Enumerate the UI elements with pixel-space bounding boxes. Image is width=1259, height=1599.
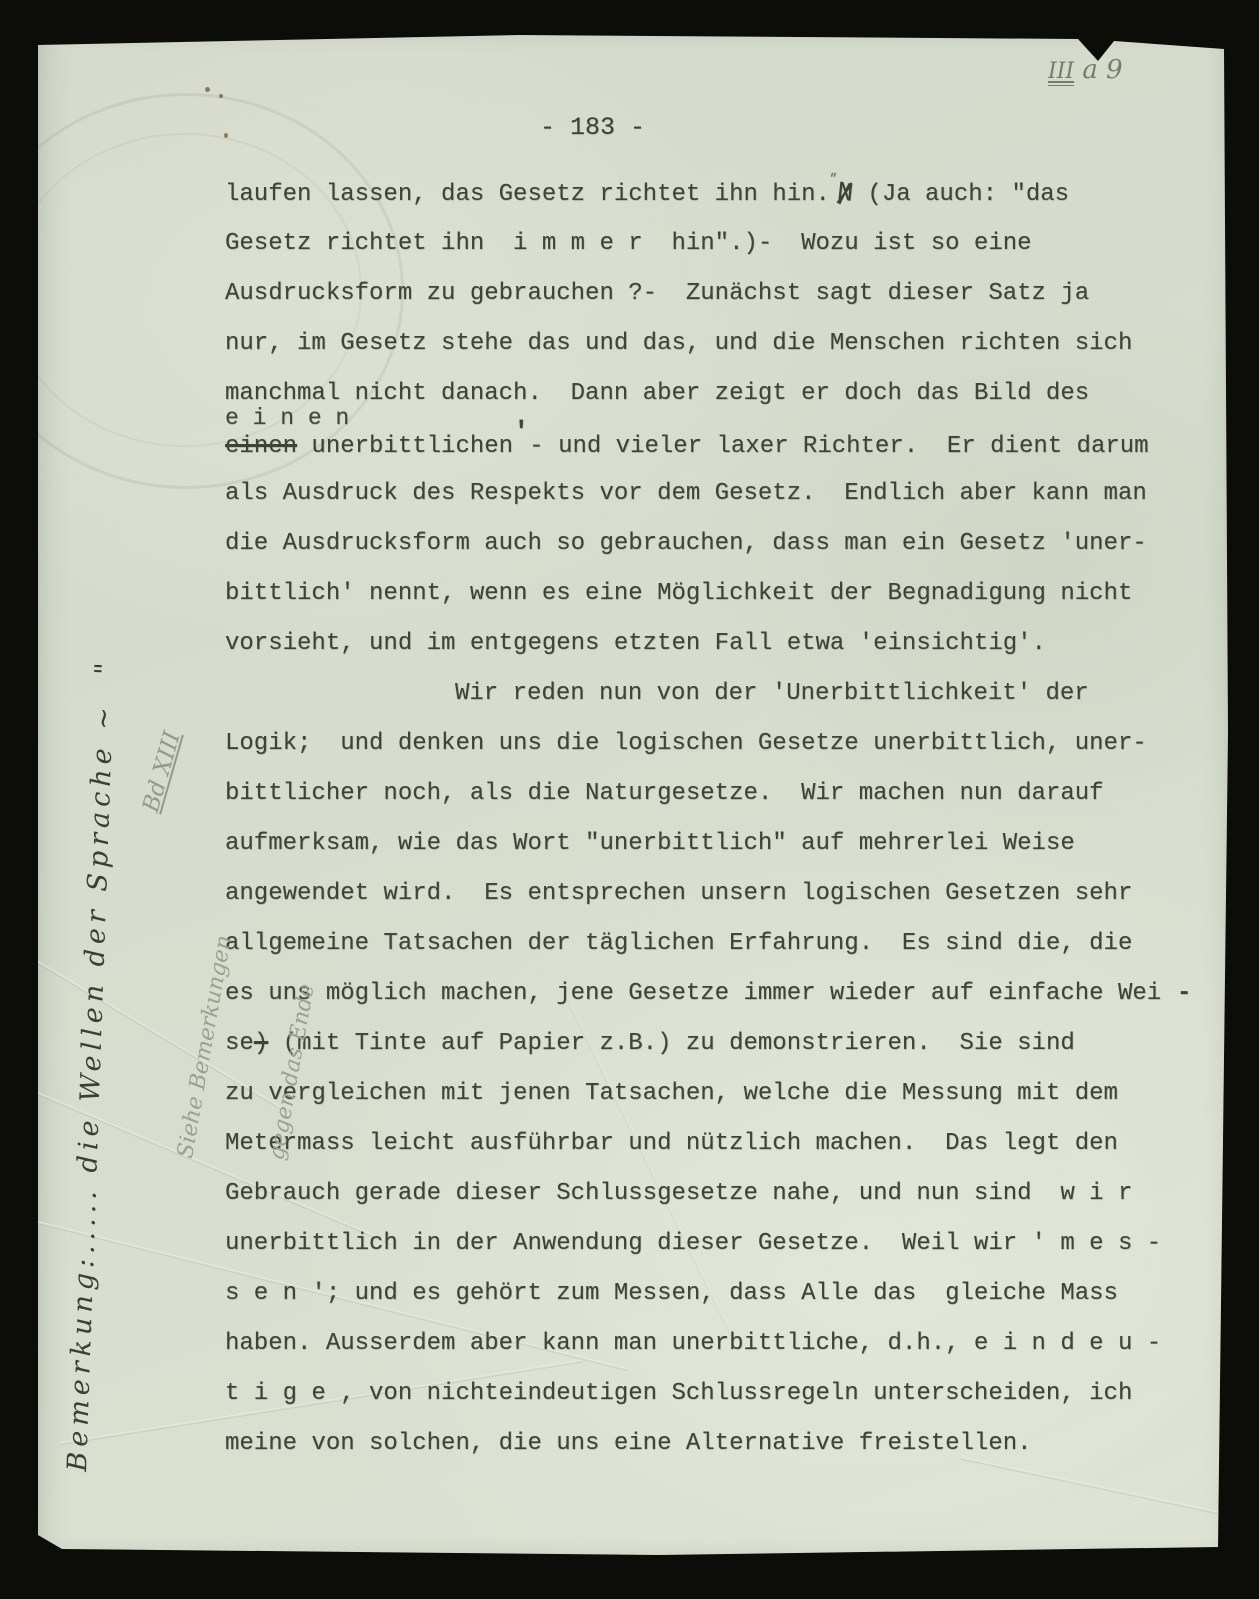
typed-line-paragraph-indent: Wir reden nun von der 'Unerbittlichkeit'… [455, 680, 1089, 708]
margin-note-volume: Bd XIII [138, 673, 202, 815]
typed-line: die Ausdrucksform auch so gebrauchen, da… [225, 530, 1147, 558]
pencil-insert-mark: ʺ [830, 171, 835, 189]
crossed-out-character: N [835, 179, 854, 209]
typed-insertion-line: e i n e n [225, 404, 349, 432]
margin-hyphen: - [1177, 980, 1191, 1008]
archive-mark: III a 9 [1048, 55, 1123, 85]
typed-line: Gebrauch gerade dieser Schlussgesetze na… [225, 1180, 1132, 1208]
typed-text: (mit Tinte auf Papier z.B.) zu demonstri… [268, 1030, 1075, 1057]
manuscript-page: III a 9 - 183 - laufen lassen, das Geset… [38, 33, 1228, 1555]
pencil-note-line: Siehe Bemerkungen [171, 840, 256, 1160]
paper-crease [961, 1457, 1255, 1522]
typed-line: Ausdrucksform zu gebrauchen ?- Zunächst … [225, 280, 1089, 308]
typed-line: s e n '; und es gehört zum Messen, dass … [225, 1280, 1118, 1308]
paper-speck [219, 94, 223, 98]
typed-line: manchmal nicht danach. Dann aber zeigt e… [225, 380, 1089, 408]
typed-line: einen unerbittlichen'- und vieler laxer … [225, 432, 1149, 461]
typed-line: meine von solchen, die uns eine Alternat… [225, 1430, 1032, 1458]
typed-line: nur, im Gesetz stehe das und das, und di… [225, 330, 1132, 358]
typed-line: aufmerksam, wie das Wort "unerbittlich" … [225, 830, 1075, 858]
typed-text: unerbittlichen [297, 433, 513, 460]
typed-line: vorsieht, und im entgegens etzten Fall e… [225, 630, 1046, 658]
typed-line: als Ausdruck des Respekts vor dem Gesetz… [225, 480, 1147, 508]
typed-line: laufen lassen, das Gesetz richtet ihn hi… [225, 180, 1069, 209]
scanned-document: III a 9 - 183 - laufen lassen, das Geset… [0, 0, 1259, 1599]
typed-line: Metermass leicht ausführbar und nützlich… [225, 1130, 1118, 1158]
struck-word: einen [225, 433, 297, 460]
pencil-note-line: gegen das Ende [260, 856, 345, 1176]
paper-speck [224, 133, 228, 138]
archive-mark-roman: III [1048, 59, 1074, 86]
typed-line: t i g e , von nichteindeutigen Schlussre… [225, 1380, 1132, 1408]
inserted-apostrophe: ' [513, 418, 529, 448]
paper-speck [205, 87, 210, 92]
typed-line: bittlich' nennt, wenn es eine Möglichkei… [225, 580, 1132, 608]
margin-note-ink: Bemerkung:..... die Wellen der Sprache ~… [62, 661, 121, 1472]
typed-line: unerbittlich in der Anwendung dieser Ges… [225, 1230, 1161, 1258]
typed-line: Gesetz richtet ihn i m m e r hin".)- Woz… [225, 230, 1032, 258]
typed-text: - und vieler laxer Richter. Er dient dar… [529, 433, 1148, 460]
typed-line: bittlicher noch, als die Naturgesetze. W… [225, 780, 1104, 808]
archive-mark-rest: a 9 [1074, 55, 1123, 85]
typed-line: Logik; und denken uns die logischen Gese… [225, 730, 1147, 758]
typed-line: haben. Ausserdem aber kann man unerbittl… [225, 1330, 1161, 1358]
page-number: - 183 - [540, 113, 645, 142]
typed-text: laufen lassen, das Gesetz richtet ihn hi… [225, 181, 830, 208]
typed-text: (Ja auch: "das [853, 181, 1069, 208]
